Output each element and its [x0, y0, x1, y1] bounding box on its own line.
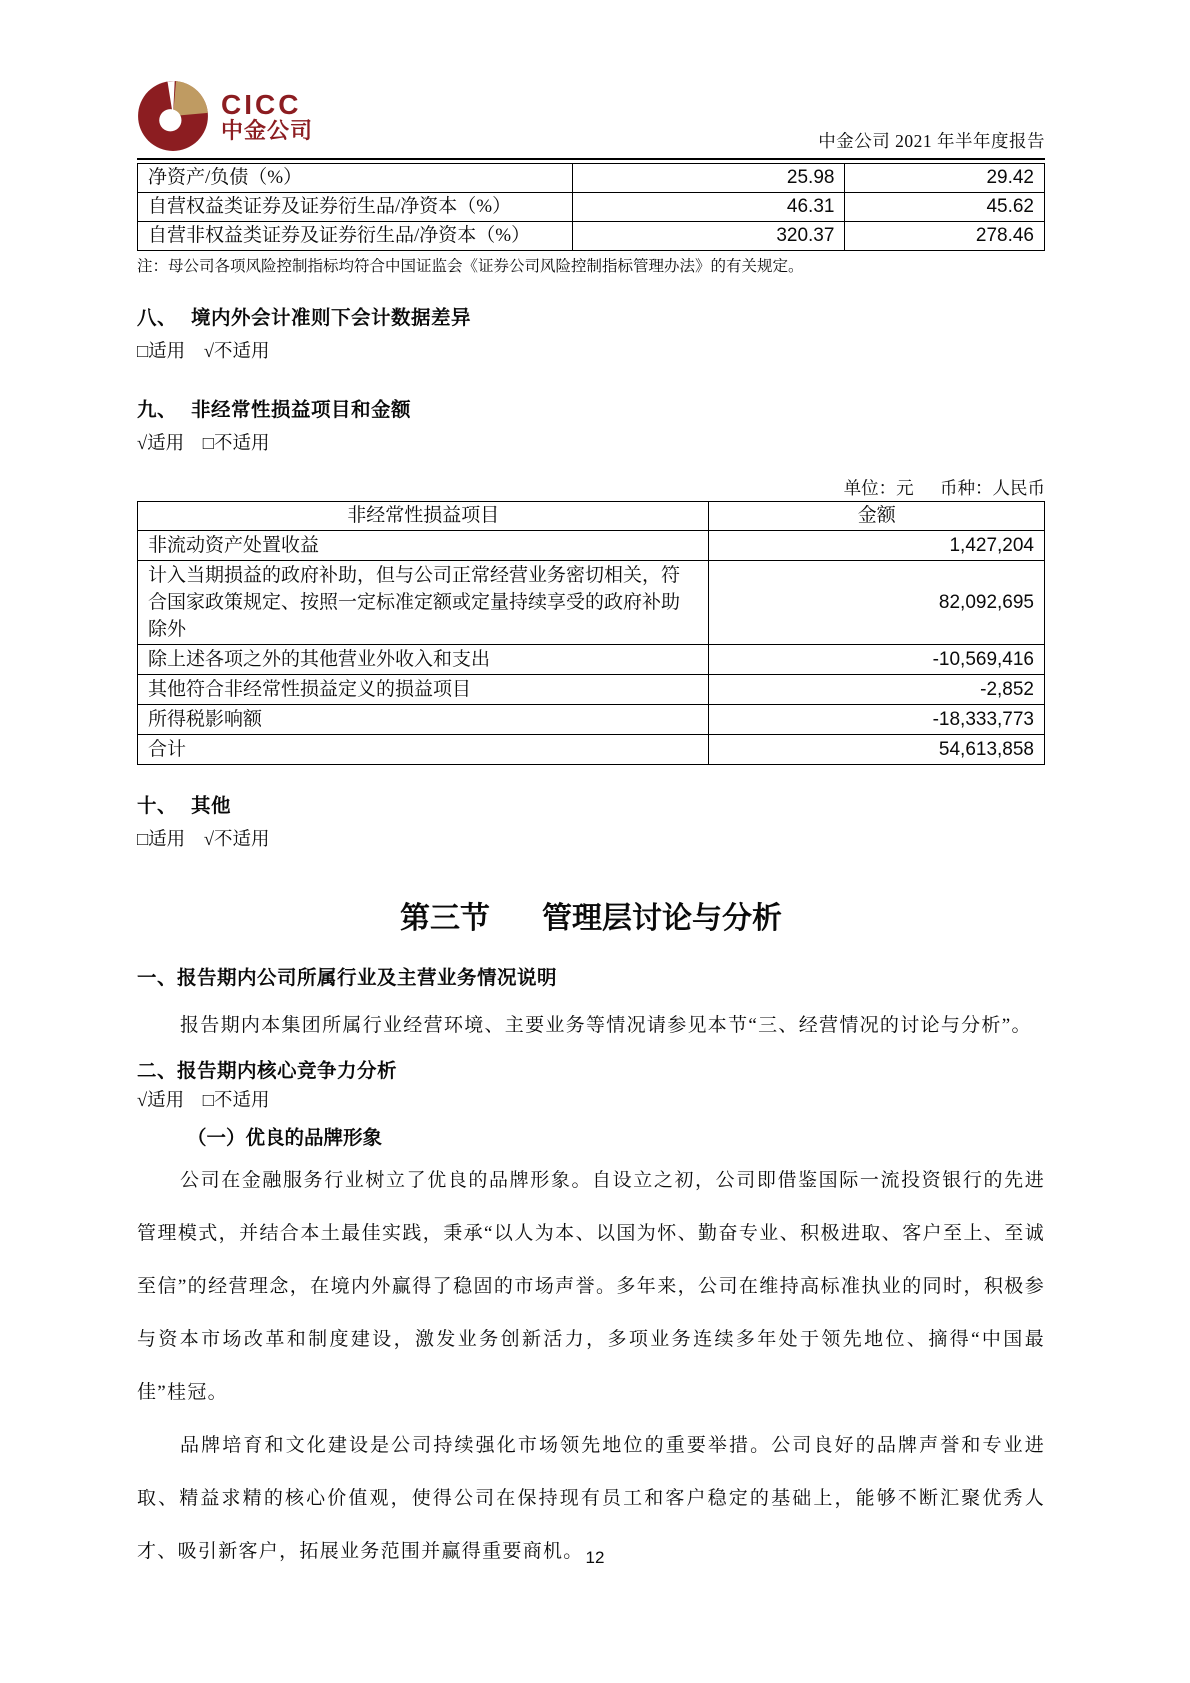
mda-section-1-paragraph: 报告期内本集团所属行业经营环境、主要业务等情况请参见本节“三、经营情况的讨论与分…: [137, 999, 1045, 1052]
gain-item-total: 合计: [138, 735, 709, 765]
brand-image-paragraph-1: 公司在金融服务行业树立了优良的品牌形象。自设立之初，公司即借鉴国际一流投资银行的…: [137, 1154, 1045, 1419]
gain-item: 非流动资产处置收益: [138, 531, 709, 561]
section-8-applicability: □适用 √不适用: [137, 340, 1045, 365]
table-footnote: 注：母公司各项风险控制指标均符合中国证监会《证券公司风险控制指标管理办法》的有关…: [137, 256, 1045, 277]
checkbox-not-applicable: √不适用: [204, 830, 270, 850]
gain-amount: 82,092,695: [709, 561, 1045, 645]
risk-row-label: 自营非权益类证券及证券衍生品/净资本（%）: [138, 222, 573, 251]
gain-amount: -2,852: [709, 675, 1045, 705]
risk-row-current: 46.31: [573, 193, 845, 222]
report-page: CICC 中金公司 中金公司 2021 年半年度报告 净资产/负债（%） 25.…: [0, 0, 1190, 1683]
gain-amount-total: 54,613,858: [709, 735, 1045, 765]
table-row: 其他符合非经常性损益定义的损益项目 -2,852: [138, 675, 1045, 705]
mda-section-2-applicability: √适用 □不适用: [137, 1089, 1045, 1114]
section-title: 非经常性损益项目和金额: [191, 399, 411, 421]
section-number: 九、: [137, 399, 177, 421]
risk-indicator-table: 净资产/负债（%） 25.98 29.42 自营权益类证券及证券衍生品/净资本（…: [137, 163, 1045, 251]
unit-label: 单位：元: [844, 478, 914, 498]
section-9-applicability: √适用 □不适用: [137, 432, 1045, 457]
table-row: 自营非权益类证券及证券衍生品/净资本（%） 320.37 278.46: [138, 222, 1045, 251]
currency-label: 币种：人民币: [940, 478, 1045, 498]
risk-row-current: 25.98: [573, 164, 845, 193]
gain-amount: -18,333,773: [709, 705, 1045, 735]
non-recurring-gains-table: 非经常性损益项目 金额 非流动资产处置收益 1,427,204 计入当期损益的政…: [137, 501, 1045, 765]
gain-amount: -10,569,416: [709, 645, 1045, 675]
risk-row-prior: 278.46: [845, 222, 1045, 251]
table-row: 自营权益类证券及证券衍生品/净资本（%） 46.31 45.62: [138, 193, 1045, 222]
section-10-applicability: □适用 √不适用: [137, 828, 1045, 853]
gain-item: 所得税影响额: [138, 705, 709, 735]
gain-item: 除上述各项之外的其他营业外收入和支出: [138, 645, 709, 675]
brand-image-subheading: （一）优良的品牌形象: [187, 1124, 1045, 1152]
risk-row-current: 320.37: [573, 222, 845, 251]
checkbox-applicable: □适用: [137, 342, 185, 362]
risk-row-label: 自营权益类证券及证券衍生品/净资本（%）: [138, 193, 573, 222]
table-row: 计入当期损益的政府补助，但与公司正常经营业务密切相关，符合国家政策规定、按照一定…: [138, 561, 1045, 645]
section-8-heading: 八、境内外会计准则下会计数据差异: [137, 305, 1045, 331]
cicc-logo-icon: [137, 80, 209, 152]
checkbox-not-applicable: □不适用: [203, 434, 270, 454]
cicc-logo-text: CICC 中金公司: [221, 90, 313, 142]
gain-item: 其他符合非经常性损益定义的损益项目: [138, 675, 709, 705]
section-10-heading: 十、其他: [137, 793, 1045, 819]
page-content: CICC 中金公司 中金公司 2021 年半年度报告 净资产/负债（%） 25.…: [137, 0, 1045, 1578]
risk-row-label: 净资产/负债（%）: [138, 164, 573, 193]
logo-text-zh: 中金公司: [221, 119, 313, 142]
section-9-heading: 九、非经常性损益项目和金额: [137, 397, 1045, 423]
mda-section-2-heading: 二、报告期内核心竞争力分析: [137, 1058, 1045, 1084]
report-title: 中金公司 2021 年半年度报告: [818, 128, 1045, 158]
gain-item: 计入当期损益的政府补助，但与公司正常经营业务密切相关，符合国家政策规定、按照一定…: [138, 561, 709, 645]
section-title: 境内外会计准则下会计数据差异: [191, 307, 471, 329]
risk-row-prior: 45.62: [845, 193, 1045, 222]
column-header-item: 非经常性损益项目: [138, 502, 709, 531]
checkbox-applicable: □适用: [137, 830, 185, 850]
checkbox-applicable: √适用: [137, 434, 184, 454]
checkbox-applicable: √适用: [137, 1091, 184, 1111]
page-header: CICC 中金公司 中金公司 2021 年半年度报告: [137, 0, 1045, 160]
table-row: 非流动资产处置收益 1,427,204: [138, 531, 1045, 561]
chapter-name: 管理层讨论与分析: [542, 902, 782, 935]
mda-section-1-heading: 一、报告期内公司所属行业及主营业务情况说明: [137, 965, 1045, 991]
cicc-logo: CICC 中金公司: [137, 80, 313, 158]
gain-amount: 1,427,204: [709, 531, 1045, 561]
table-header-row: 非经常性损益项目 金额: [138, 502, 1045, 531]
table-row: 所得税影响额 -18,333,773: [138, 705, 1045, 735]
section-title: 其他: [191, 795, 231, 817]
column-header-amount: 金额: [709, 502, 1045, 531]
table-row: 除上述各项之外的其他营业外收入和支出 -10,569,416: [138, 645, 1045, 675]
page-number: 12: [0, 1548, 1190, 1568]
section-number: 八、: [137, 307, 177, 329]
chapter-title: 第三节管理层讨论与分析: [137, 899, 1045, 939]
unit-currency-line: 单位：元 币种：人民币: [137, 477, 1045, 499]
chapter-number: 第三节: [400, 902, 490, 935]
logo-text-en: CICC: [221, 90, 313, 119]
checkbox-not-applicable: √不适用: [204, 342, 270, 362]
table-row-total: 合计 54,613,858: [138, 735, 1045, 765]
section-number: 十、: [137, 795, 177, 817]
table-row: 净资产/负债（%） 25.98 29.42: [138, 164, 1045, 193]
checkbox-not-applicable: □不适用: [203, 1091, 270, 1111]
risk-row-prior: 29.42: [845, 164, 1045, 193]
